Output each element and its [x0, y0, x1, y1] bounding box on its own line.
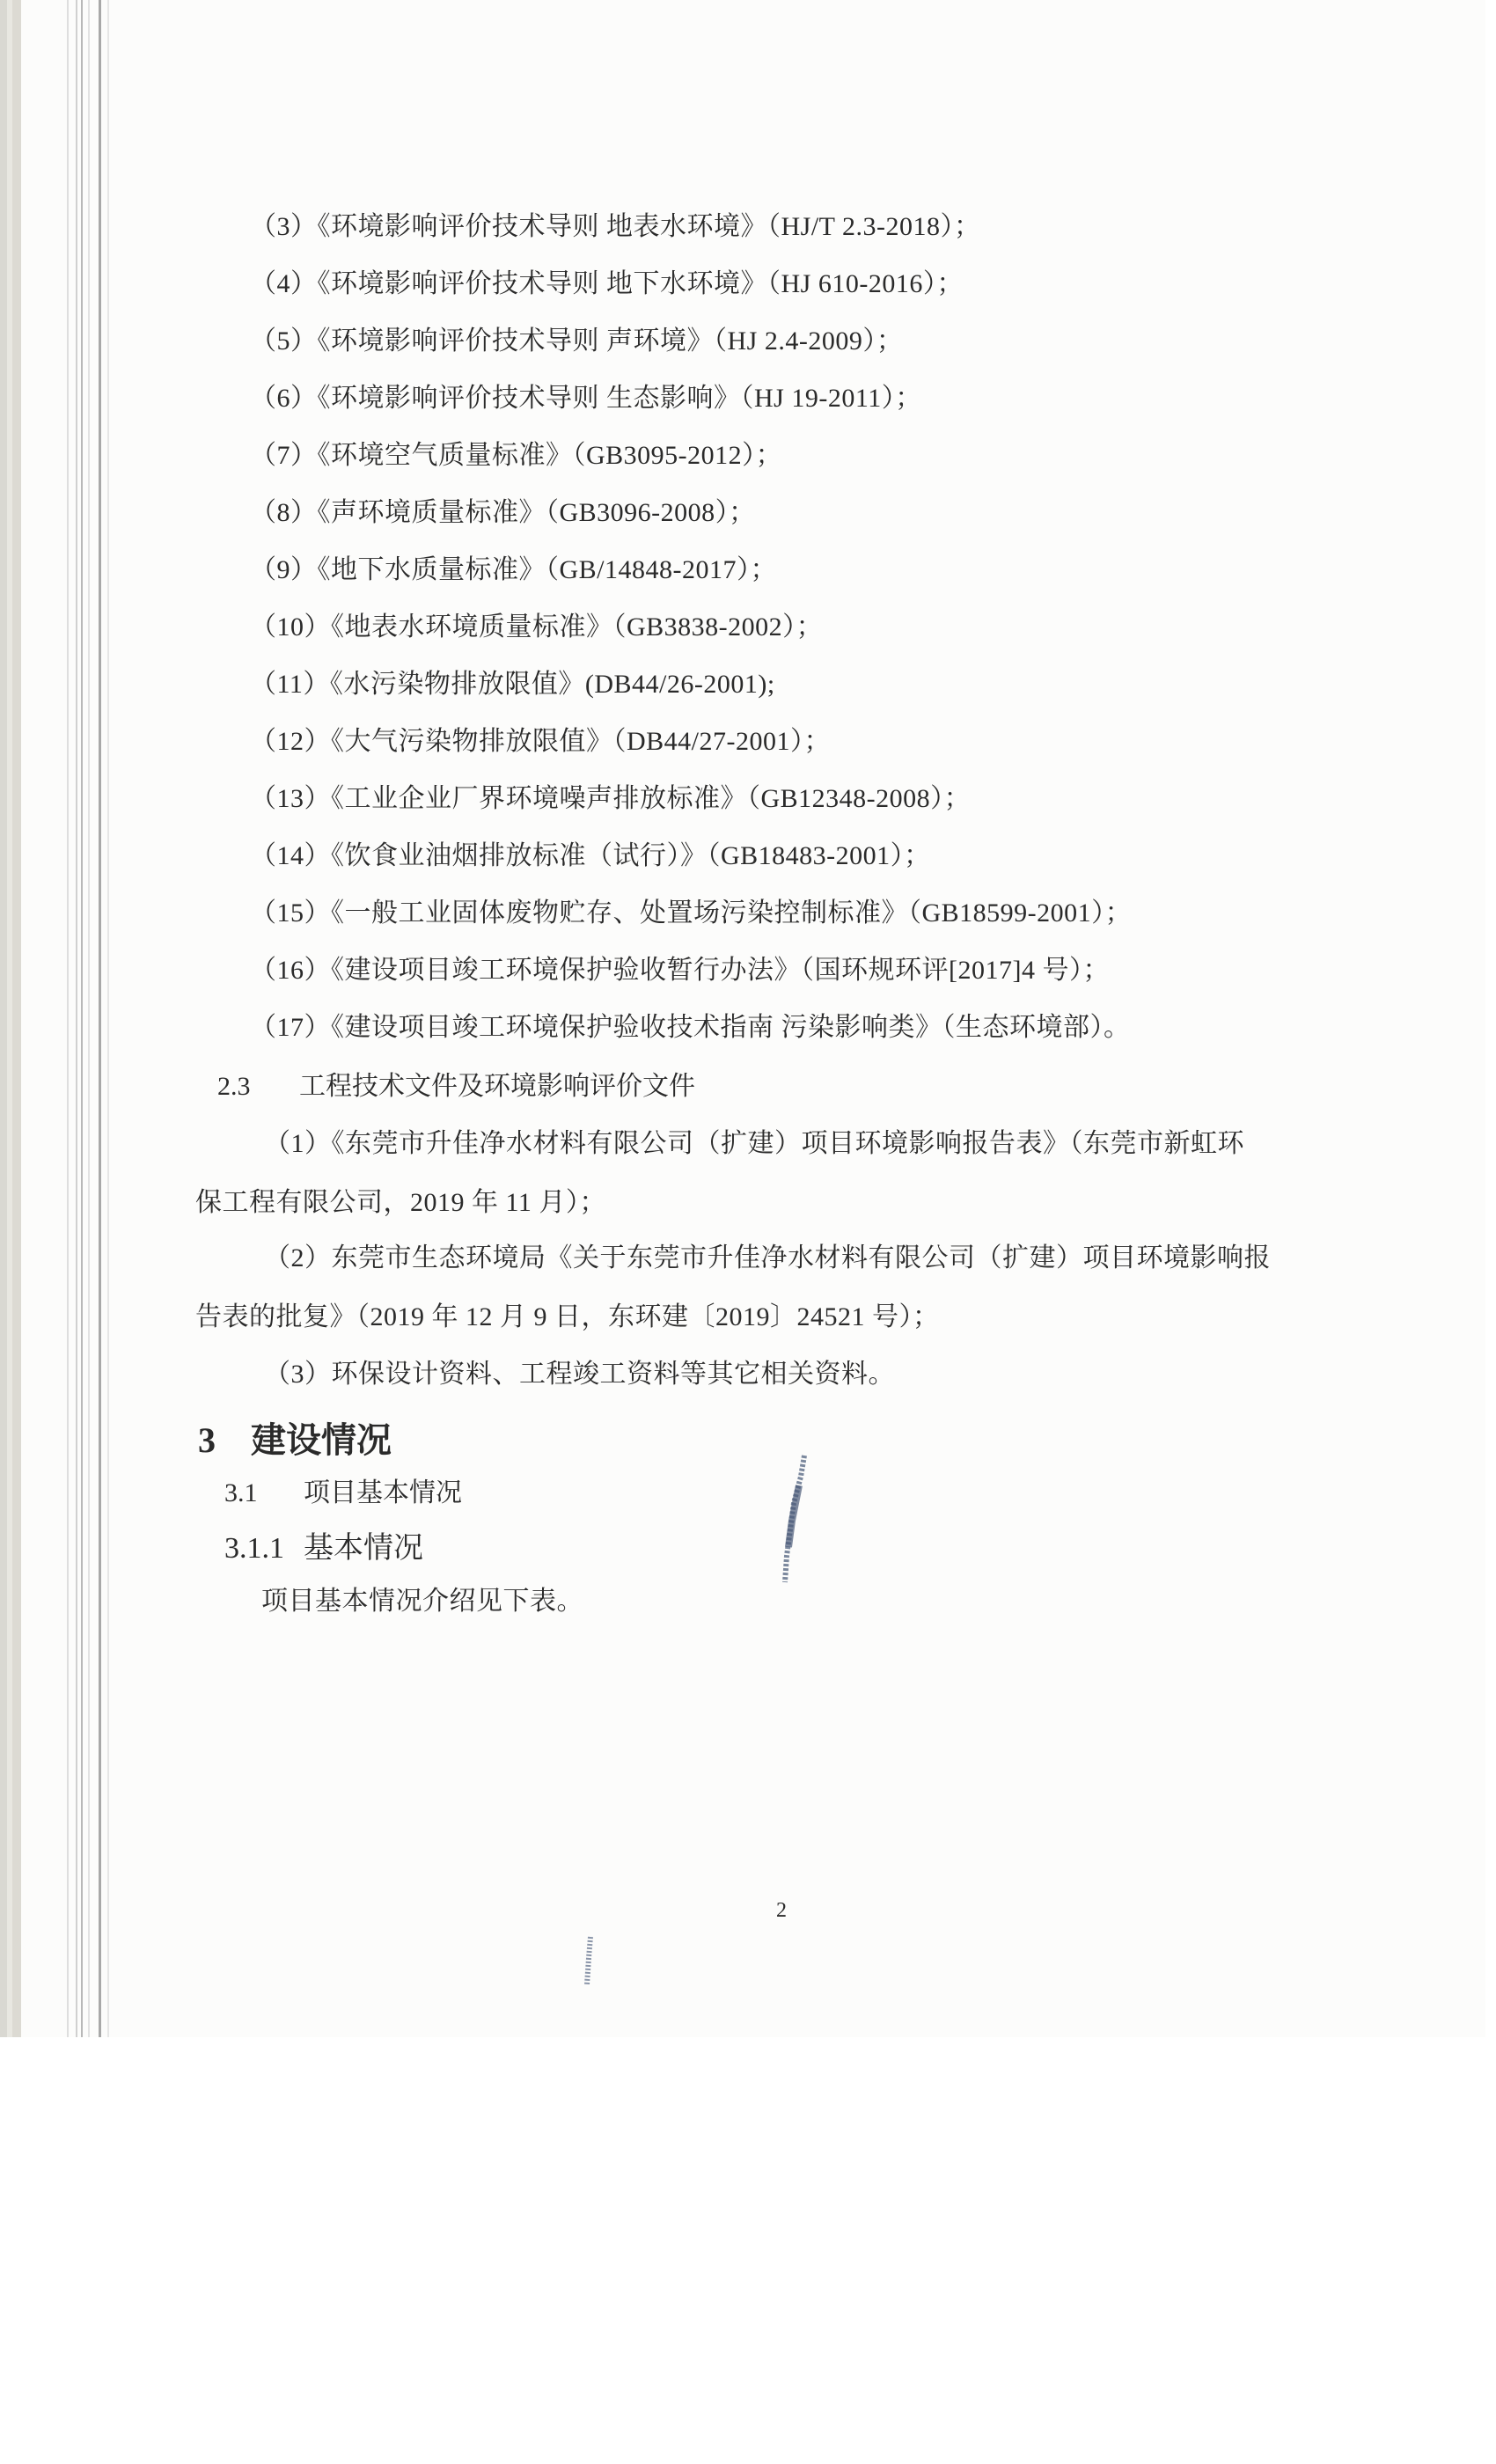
reference-text: 《环境影响评价技术导则 地表水环境》（HJ/T 2.3-2018）；: [318, 212, 981, 241]
paragraph-line: 项目基本情况介绍见下表。: [261, 1587, 583, 1616]
reference-number: （17）: [250, 1013, 331, 1042]
reference-item: （5）《环境影响评价技术导则 声环境》（HJ 2.4-2009）；: [250, 324, 903, 359]
paragraph-line: 保工程有限公司，2019 年 11 月）；: [195, 1188, 606, 1217]
reference-text: 《环境影响评价技术导则 声环境》（HJ 2.4-2009）；: [318, 326, 904, 356]
chapter-heading-3: 3建设情况: [198, 1419, 392, 1462]
reference-number: （6）: [250, 384, 318, 413]
reference-text: 《一般工业固体废物贮存、处置场污染控制标准》（GB18599-2001）；: [331, 898, 1132, 928]
section-heading-3-1: 3.1项目基本情况: [224, 1476, 462, 1511]
reference-number: （11）: [250, 670, 330, 699]
reference-number: （16）: [250, 956, 331, 985]
reference-number: （5）: [250, 326, 318, 356]
reference-item: （4）《环境影响评价技术导则 地下水环境》（HJ 610-2016）；: [250, 267, 964, 302]
reference-text: 《工业企业厂界环境噪声排放标准》（GB12348-2008）；: [331, 784, 971, 813]
reference-item: （10）《地表水环境质量标准》（GB3838-2002）；: [250, 610, 823, 645]
reference-text: 《建设项目竣工环境保护验收暂行办法》（国环规环评[2017]4 号）；: [331, 956, 1110, 985]
document-item-2-continued: 告表的批复》（2019 年 12 月 9 日，东环建〔2019〕24521 号）…: [195, 1300, 940, 1335]
binding-edge: [12, 0, 21, 2037]
reference-item: （17）《建设项目竣工环境保护验收技术指南 污染影响类》（生态环境部）。: [250, 1010, 1131, 1045]
paragraph-line: （2）东莞市生态环境局《关于东莞市升佳净水材料有限公司（扩建）项目环境影响报: [264, 1243, 1271, 1272]
reference-text: 《环境空气质量标准》（GB3095-2012）；: [318, 441, 783, 470]
reference-item: （16）《建设项目竣工环境保护验收暂行办法》（国环规环评[2017]4 号）；: [250, 953, 1110, 988]
scan-edge-line: [76, 0, 77, 2037]
reference-text: 《大气污染物排放限值》（DB44/27-2001）；: [331, 727, 831, 756]
reference-number: （7）: [250, 441, 318, 470]
reference-text: 《环境影响评价技术导则 地下水环境》（HJ 610-2016）；: [318, 269, 964, 298]
section-heading-3-1-1: 3.1.1基本情况: [224, 1529, 423, 1568]
reference-number: （13）: [250, 784, 331, 813]
chapter-title: 建设情况: [251, 1420, 392, 1460]
reference-text: 《声环境质量标准》（GB3096-2008）；: [318, 498, 756, 527]
seal-fragment-icon: [576, 1932, 603, 1993]
reference-number: （10）: [250, 612, 331, 642]
reference-item: （14）《饮食业油烟排放标准（试行）》（GB18483-2001）；: [250, 839, 931, 874]
reference-item: （8）《声环境质量标准》（GB3096-2008）；: [250, 495, 756, 531]
scan-edge-line: [81, 0, 83, 2037]
reference-number: （15）: [250, 898, 331, 928]
reference-item: （7）《环境空气质量标准》（GB3095-2012）；: [250, 438, 782, 473]
reference-item: （9）《地下水质量标准》（GB/14848-2017）；: [250, 553, 777, 588]
reference-text: 《建设项目竣工环境保护验收技术指南 污染影响类》（生态环境部）。: [331, 1013, 1131, 1042]
intro-paragraph: 项目基本情况介绍见下表。: [261, 1584, 583, 1619]
scan-edge-line: [88, 0, 90, 2037]
section-number: 3.1.1: [224, 1529, 304, 1568]
scan-edge-line: [107, 0, 109, 2037]
reference-text: 《环境影响评价技术导则 生态影响》（HJ 19-2011）；: [318, 384, 922, 413]
reference-number: （12）: [250, 727, 331, 756]
scan-edge-line: [99, 0, 101, 2037]
reference-text: 《饮食业油烟排放标准（试行）》（GB18483-2001）；: [331, 841, 931, 870]
section-number: 2.3: [217, 1069, 299, 1104]
section-title: 工程技术文件及环境影响评价文件: [299, 1072, 695, 1101]
section-title: 项目基本情况: [304, 1478, 462, 1507]
reference-text: 《地下水质量标准》（GB/14848-2017）；: [318, 555, 778, 584]
chapter-number: 3: [198, 1419, 251, 1462]
paragraph-line: （1）《东莞市升佳净水材料有限公司（扩建）项目环境影响报告表》（东莞市新虹环: [264, 1129, 1244, 1158]
reference-number: （3）: [250, 212, 318, 241]
reference-item: （11）《水污染物排放限值》(DB44/26-2001);: [250, 667, 775, 702]
reference-number: （9）: [250, 555, 318, 584]
section-number: 3.1: [224, 1476, 304, 1511]
scanned-page: （3）《环境影响评价技术导则 地表水环境》（HJ/T 2.3-2018）； （4…: [0, 0, 1485, 2037]
paragraph-line: 告表的批复》（2019 年 12 月 9 日，东环建〔2019〕24521 号）…: [195, 1302, 940, 1331]
reference-item: （3）《环境影响评价技术导则 地表水环境》（HJ/T 2.3-2018）；: [250, 209, 980, 245]
document-item-3: （3）环保设计资料、工程竣工资料等其它相关资料。: [264, 1357, 895, 1392]
scan-edge-line: [67, 0, 69, 2037]
reference-item: （13）《工业企业厂界环境噪声排放标准》（GB12348-2008）；: [250, 781, 971, 817]
reference-item: （6）《环境影响评价技术导则 生态影响》（HJ 19-2011）；: [250, 381, 922, 416]
reference-number: （8）: [250, 498, 318, 527]
seal-fragment-icon: [767, 1450, 811, 1600]
binding-edge: [0, 0, 7, 2037]
reference-number: （14）: [250, 841, 331, 870]
reference-text: 《地表水环境质量标准》（GB3838-2002）；: [331, 612, 823, 642]
document-item-1-continued: 保工程有限公司，2019 年 11 月）；: [195, 1185, 606, 1221]
paragraph-line: （3）环保设计资料、工程竣工资料等其它相关资料。: [264, 1360, 895, 1389]
reference-item: （15）《一般工业固体废物贮存、处置场污染控制标准》（GB18599-2001）…: [250, 896, 1132, 931]
document-item-1: （1）《东莞市升佳净水材料有限公司（扩建）项目环境影响报告表》（东莞市新虹环: [264, 1126, 1244, 1162]
section-title: 基本情况: [304, 1532, 423, 1565]
reference-text: 《水污染物排放限值》(DB44/26-2001);: [330, 670, 775, 699]
reference-item: （12）《大气污染物排放限值》（DB44/27-2001）；: [250, 724, 831, 759]
page-number: 2: [776, 1897, 787, 1924]
reference-number: （4）: [250, 269, 318, 298]
document-item-2: （2）东莞市生态环境局《关于东莞市升佳净水材料有限公司（扩建）项目环境影响报: [264, 1241, 1271, 1276]
section-heading-2-3: 2.3工程技术文件及环境影响评价文件: [217, 1069, 695, 1104]
